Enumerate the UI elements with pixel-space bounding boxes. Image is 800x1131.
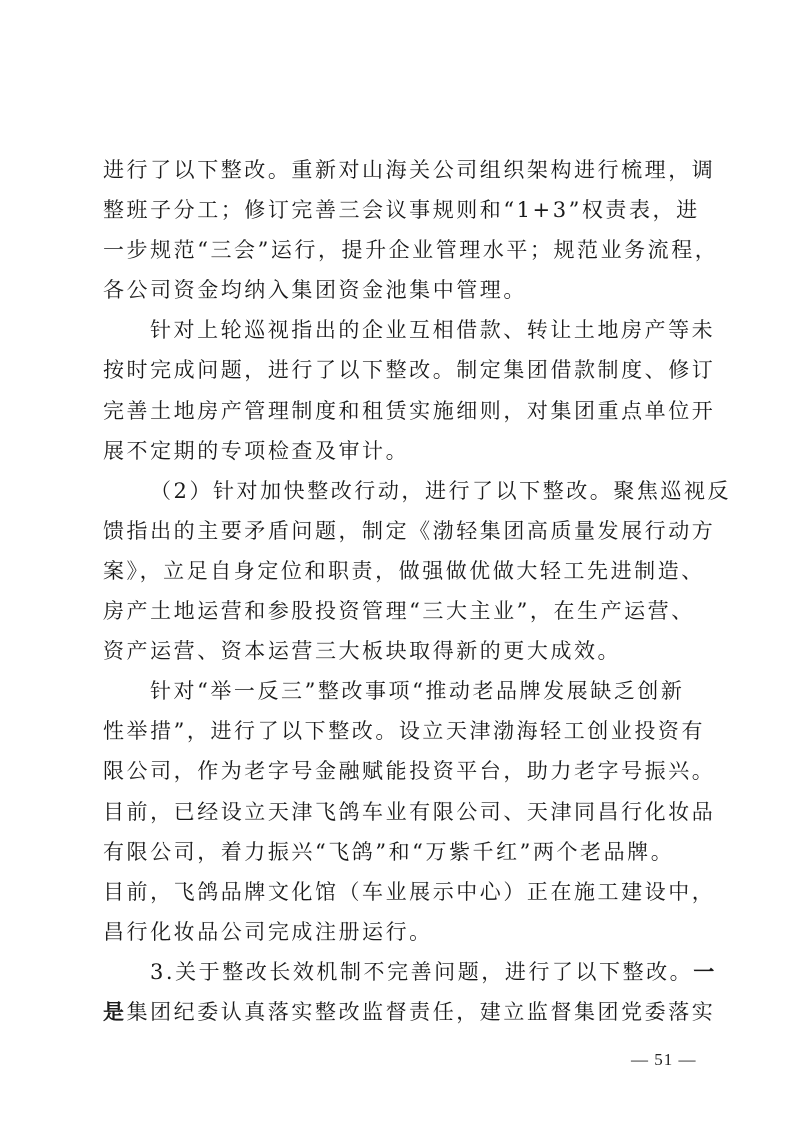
text-line: 资产运营、资本运营三大板块取得新的更大成效。	[103, 631, 695, 671]
text-line: 房产土地运营和参股投资管理“三大主业”，在生产运营、	[103, 591, 695, 631]
text-line: 一步规范“三会”运行，提升企业管理水平；规范业务流程，	[103, 230, 695, 270]
text-line: 昌行化妆品公司完成注册运行。	[103, 912, 695, 952]
text-line: 整班子分工；修订完善三会议事规则和“1+3”权责表，进	[103, 190, 695, 230]
body-text: 进行了以下整改。重新对山海关公司组织架构进行梳理，调 整班子分工；修订完善三会议…	[103, 150, 695, 1032]
text-line: 是集团纪委认真落实整改监督责任，建立监督集团党委落实	[103, 992, 695, 1032]
page-number: — 51 —	[631, 1050, 697, 1070]
text-line: 进行了以下整改。重新对山海关公司组织架构进行梳理，调	[103, 150, 695, 190]
text-line: 各公司资金均纳入集团资金池集中管理。	[103, 270, 695, 310]
text-line: 性举措”，进行了以下整改。设立天津渤海轻工创业投资有	[103, 711, 695, 751]
document-page: 进行了以下整改。重新对山海关公司组织架构进行梳理，调 整班子分工；修订完善三会议…	[0, 0, 800, 1131]
paragraph-start-line: 3.关于整改长效机制不完善问题，进行了以下整改。一	[103, 952, 695, 992]
paragraph-start-line: 针对“举一反三”整改事项“推动老品牌发展缺乏创新	[103, 671, 695, 711]
text-line: 案》，立足自身定位和职责，做强做优做大轻工先进制造、	[103, 551, 695, 591]
text-line: 目前，已经设立天津飞鸽车业有限公司、天津同昌行化妆品	[103, 792, 695, 832]
bold-ordinal: 是	[103, 999, 127, 1024]
paragraph-start-line: 针对上轮巡视指出的企业互相借款、转让土地房产等未	[103, 310, 695, 350]
text-line: 完善土地房产管理制度和租赁实施细则，对集团重点单位开	[103, 391, 695, 431]
text-line: 按时完成问题，进行了以下整改。制定集团借款制度、修订	[103, 350, 695, 390]
text-line: 目前，飞鸽品牌文化馆（车业展示中心）正在施工建设中，	[103, 872, 695, 912]
text-line: 限公司，作为老字号金融赋能投资平台，助力老字号振兴。	[103, 751, 695, 791]
line-text: 集团纪委认真落实整改监督责任，建立监督集团党委落实	[127, 1000, 716, 1024]
text-line: 展不定期的专项检查及审计。	[103, 431, 695, 471]
bold-ordinal: 一	[693, 959, 717, 984]
text-line: 有限公司，着力振兴“飞鸽”和“万紫千红”两个老品牌。	[103, 832, 695, 872]
text-line: 馈指出的主要矛盾问题，制定《渤轻集团高质量发展行动方	[103, 511, 695, 551]
paragraph-start-line: （2）针对加快整改行动，进行了以下整改。聚焦巡视反	[103, 471, 695, 511]
section-heading-text: 3.关于整改长效机制不完善问题，进行了以下整改。	[150, 960, 693, 984]
